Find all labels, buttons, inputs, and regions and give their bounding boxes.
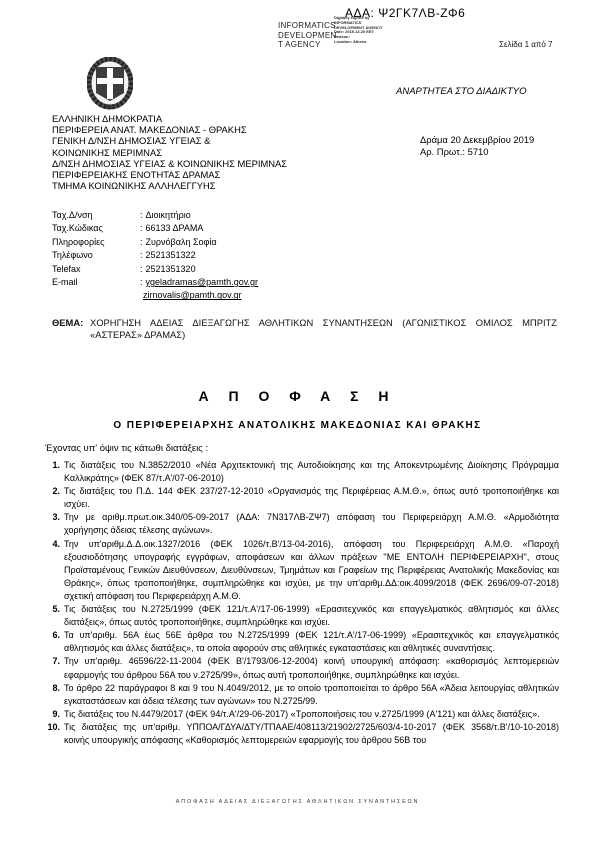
greek-emblem-icon xyxy=(87,57,133,111)
colon: : xyxy=(140,236,143,249)
item-text: Την υπ'αριθμ.Δ.Δ.οικ.1327/2016 (ΦΕΚ 1026… xyxy=(64,538,559,603)
org-line-region: ΠΕΡΙΦΕΡΕΙΑ ΑΝΑΤ. ΜΑΚΕΔΟΝΙΑΣ - ΘΡΑΚΗΣ xyxy=(52,124,287,135)
contact-label: Ταχ.Δ/νση xyxy=(52,209,140,222)
colon: : xyxy=(140,276,143,289)
document-footer: ΑΠΟΦΑΣΗ ΑΔΕΙΑΣ ΔΙΕΞΑΓΩΓΗΣ ΑΘΛΗΤΙΚΩΝ ΣΥΝΑ… xyxy=(0,799,595,805)
signature-stamp-agency: INFORMATICS DEVELOPMEN T AGENCY xyxy=(278,21,337,50)
contact-label: E-mail xyxy=(52,276,140,289)
org-line-gen-directorate: ΓΕΝΙΚΗ Δ/ΝΣΗ ΔΗΜΟΣΙΑΣ ΥΓΕΙΑΣ & xyxy=(52,135,287,146)
contact-value: 66133 ΔΡΑΜΑ xyxy=(146,222,204,235)
subject-text: ΧΟΡΗΓΗΣΗ ΑΔΕΙΑΣ ΔΙΕΞΑΓΩΓΗΣ ΑΘΛΗΤΙΚΩΝ ΣΥΝ… xyxy=(90,317,557,341)
item-number: 6. xyxy=(45,629,64,655)
item-text: Τις διατάξεις του Ν.2725/1999 (ΦΕΚ 121/τ… xyxy=(64,603,559,629)
item-text: Τις διατάξεις του Ν.3852/2010 «Νέα Αρχιτ… xyxy=(64,459,559,485)
list-item: 3. Την με αριθμ.πρωτ.οικ.340/05-09-2017 … xyxy=(45,511,559,537)
date-protocol-block: Δράμα 20 Δεκεμβρίου 2019 Αρ. Πρωτ.: 5710 xyxy=(420,134,534,157)
decision-title: Α Π Ο Φ Α Σ Η xyxy=(0,388,595,404)
list-item: 1. Τις διατάξεις του Ν.3852/2010 «Νέα Αρ… xyxy=(45,459,559,485)
stamp-agency-line: INFORMATICS xyxy=(278,21,337,31)
org-line-regional-unit: ΠΕΡΙΦΕΡΕΙΑΚΗΣ ΕΝΟΤΗΤΑΣ ΔΡΑΜΑΣ xyxy=(52,169,287,180)
list-item: 4. Την υπ'αριθμ.Δ.Δ.οικ.1327/2016 (ΦΕΚ 1… xyxy=(45,538,559,603)
item-number: 1. xyxy=(45,459,64,485)
list-item: 8. Το άρθρο 22 παράγραφοι 8 και 9 του Ν.… xyxy=(45,682,559,708)
item-text: Τις διατάξεις του Π.Δ. 144 ΦΕΚ 237/27-12… xyxy=(64,485,559,511)
item-number: 3. xyxy=(45,511,64,537)
subject-label: ΘΕΜΑ: xyxy=(52,317,90,341)
document-page: ΑΔΑ: Ψ2ΓΚ7ΛΒ-ΖΦ6 INFORMATICS DEVELOPMEN … xyxy=(0,0,595,842)
list-item: 2. Τις διατάξεις του Π.Δ. 144 ΦΕΚ 237/27… xyxy=(45,485,559,511)
list-item: 10. Τις διατάξεις της υπ'αριθμ. ΥΠΠΟΑ/ΓΔ… xyxy=(45,721,559,747)
item-number: 5. xyxy=(45,603,64,629)
anartitea-note: ΑΝΑΡΤΗΤΕΑ ΣΤΟ ΔΙΑΔΙΚΤΥΟ xyxy=(396,86,527,97)
contact-row-info: Πληροφορίες : Ζυρνόβαλη Σοφία xyxy=(52,236,258,249)
org-header: ΕΛΛΗΝΙΚΗ ΔΗΜΟΚΡΑΤΙΑ ΠΕΡΙΦΕΡΕΙΑ ΑΝΑΤ. ΜΑΚ… xyxy=(52,113,287,191)
contact-value: Ζυρνόβαλη Σοφία xyxy=(146,236,217,249)
item-number: 4. xyxy=(45,538,64,603)
stamp-agency-line: DEVELOPMEN xyxy=(278,31,337,41)
contact-row-postcode: Ταχ.Κώδικας : 66133 ΔΡΑΜΑ xyxy=(52,222,258,235)
org-line-gen-directorate-2: ΚΟΙΝΩΝΙΚΗΣ ΜΕΡΙΜΝΑΣ xyxy=(52,147,287,158)
stamp-agency-line: T AGENCY xyxy=(278,40,337,50)
signature-stamp-detail: Digitally signed by INFORMATICS DEVELOPM… xyxy=(334,16,383,45)
item-text: Τα υπ'αριθμ. 56Α έως 56Ε άρθρα του Ν.272… xyxy=(64,629,559,655)
colon: : xyxy=(140,249,143,262)
item-text: Τις διατάξεις του Ν.4479/2017 (ΦΕΚ 94/τ.… xyxy=(64,708,559,721)
stamp-detail-line: Location: Athens xyxy=(334,40,383,45)
colon: : xyxy=(140,209,143,222)
contact-value: Διοικητήριο xyxy=(146,209,191,222)
city-date: Δράμα 20 Δεκεμβρίου 2019 xyxy=(420,134,534,146)
org-line-republic: ΕΛΛΗΝΙΚΗ ΔΗΜΟΚΡΑΤΙΑ xyxy=(52,113,287,124)
page-indicator: Σελίδα 1 από 7 xyxy=(499,40,553,49)
contact-row-phone: Τηλέφωνο : 2521351322 xyxy=(52,249,258,262)
colon: : xyxy=(140,263,143,276)
contact-value: 2521351322 xyxy=(146,249,196,262)
contact-row-fax: Telefax : 2521351320 xyxy=(52,263,258,276)
contact-label: Πληροφορίες xyxy=(52,236,140,249)
org-line-directorate: Δ/ΝΣΗ ΔΗΜΟΣΙΑΣ ΥΓΕΙΑΣ & ΚΟΙΝΩΝΙΚΗΣ ΜΕΡΙΜ… xyxy=(52,158,287,169)
item-number: 9. xyxy=(45,708,64,721)
contact-label: Telefax xyxy=(52,263,140,276)
contact-block: Ταχ.Δ/νση : Διοικητήριο Ταχ.Κώδικας : 66… xyxy=(52,209,258,303)
item-text: Την υπ'αριθμ. 46596/22-11-2004 (ΦΕΚ Β'/1… xyxy=(64,655,559,681)
item-text: Την με αριθμ.πρωτ.οικ.340/05-09-2017 (ΑΔ… xyxy=(64,511,559,537)
subject-block: ΘΕΜΑ: ΧΟΡΗΓΗΣΗ ΑΔΕΙΑΣ ΔΙΕΞΑΓΩΓΗΣ ΑΘΛΗΤΙΚ… xyxy=(52,317,557,341)
org-line-department: ΤΜΗΜΑ ΚΟΙΝΩΝΙΚΗΣ ΑΛΛΗΛΕΓΓΥΗΣ xyxy=(52,180,287,191)
contact-row-email2: zirnovalis@pamth.gov.gr xyxy=(52,289,258,302)
colon: : xyxy=(140,222,143,235)
contact-value: 2521351320 xyxy=(146,263,196,276)
decision-subtitle: Ο ΠΕΡΙΦΕΡΕΙΑΡΧΗΣ ΑΝΑΤΟΛΙΚΗΣ ΜΑΚΕΔΟΝΙΑΣ Κ… xyxy=(0,420,595,431)
email-link-1[interactable]: ygeladramas@pamth.gov.gr xyxy=(146,276,259,289)
decision-intro: Έχοντας υπ' όψιν τις κάτωθι διατάξεις : xyxy=(45,443,208,454)
list-item: 9. Τις διατάξεις του Ν.4479/2017 (ΦΕΚ 94… xyxy=(45,708,559,721)
list-item: 5. Τις διατάξεις του Ν.2725/1999 (ΦΕΚ 12… xyxy=(45,603,559,629)
contact-label: Ταχ.Κώδικας xyxy=(52,222,140,235)
contact-row-email: E-mail : ygeladramas@pamth.gov.gr xyxy=(52,276,258,289)
protocol-number: Αρ. Πρωτ.: 5710 xyxy=(420,146,534,158)
item-number: 10. xyxy=(45,721,64,747)
item-number: 2. xyxy=(45,485,64,511)
contact-label: Τηλέφωνο xyxy=(52,249,140,262)
item-number: 8. xyxy=(45,682,64,708)
item-text: Το άρθρο 22 παράγραφοι 8 και 9 του Ν.404… xyxy=(64,682,559,708)
list-item: 7. Την υπ'αριθμ. 46596/22-11-2004 (ΦΕΚ Β… xyxy=(45,655,559,681)
legal-provisions-list: 1. Τις διατάξεις του Ν.3852/2010 «Νέα Αρ… xyxy=(45,459,559,747)
email-link-2[interactable]: zirnovalis@pamth.gov.gr xyxy=(143,289,242,302)
item-text: Τις διατάξεις της υπ'αριθμ. ΥΠΠΟΑ/ΓΔΥΑ/Δ… xyxy=(64,721,559,747)
list-item: 6. Τα υπ'αριθμ. 56Α έως 56Ε άρθρα του Ν.… xyxy=(45,629,559,655)
item-number: 7. xyxy=(45,655,64,681)
contact-row-address: Ταχ.Δ/νση : Διοικητήριο xyxy=(52,209,258,222)
